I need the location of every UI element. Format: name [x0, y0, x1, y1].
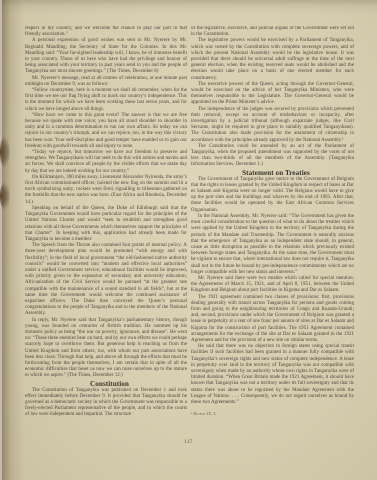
paragraph: of the legislative, executive, and judic…: [191, 26, 354, 38]
footnote: ¹ Digest IX, 3.: [191, 412, 354, 417]
paragraph: The Government of Tanganyika gave notice…: [191, 177, 354, 214]
paragraph: The executive powers of the Queen, actin…: [191, 82, 354, 107]
paragraph: respect in my country, and we welcome th…: [25, 26, 187, 38]
paragraph: The Constitution could be amended by an …: [191, 144, 354, 169]
right-column: of the legislative, executive, and judic…: [191, 26, 354, 450]
page-top-shadow: [0, 0, 377, 14]
paragraph: On Kilimanjaro, 300 miles away, Lieutena…: [25, 175, 187, 206]
binding-shadow: [0, 0, 24, 480]
paragraph: In reply, Mr. Nyerere said that Tanganyi…: [25, 318, 187, 380]
scan-edge: [0, 0, 2, 480]
paragraph: Mr. Nyerere’s message, read at all centr…: [25, 76, 187, 88]
paragraph: The Constitution of Tanganyika was publi…: [25, 388, 187, 419]
section-heading-constitution: Constitution: [25, 380, 187, 388]
paragraph: “How have we come to this great event? T…: [25, 113, 187, 150]
binding-stain: [0, 136, 10, 168]
paragraph: The Speech from the Throne also containe…: [25, 243, 187, 317]
paragraph: He said that there was no objection to f…: [191, 344, 354, 406]
paragraph: The legislative powers would be exercise…: [191, 38, 354, 81]
paragraph: In the National Assembly, Mr. Nyerere sa…: [191, 214, 354, 276]
paragraph: A personal expression of good wishes was…: [25, 38, 187, 75]
paragraph: The 1921 agreement contained two classes…: [191, 295, 354, 345]
binding-stain: [0, 182, 10, 210]
section-heading-statement-on-treaties: Statement on Treaties: [191, 169, 354, 177]
paragraph: Mr. Nyerere said there were two treaties…: [191, 276, 354, 295]
paragraph: The independence of the judges was secur…: [191, 107, 354, 144]
scanned-page: respect in my country, and we welcome th…: [0, 0, 377, 480]
left-column: respect in my country, and we welcome th…: [25, 26, 187, 450]
paragraph: “Fellow countrymen, here is a moment we …: [25, 88, 187, 113]
paragraph: Speaking on behalf of the Queen, the Duk…: [25, 206, 187, 243]
page-number: 117: [0, 440, 377, 445]
paragraph: “Today we rejoice, but tomorrow we have …: [25, 150, 187, 175]
